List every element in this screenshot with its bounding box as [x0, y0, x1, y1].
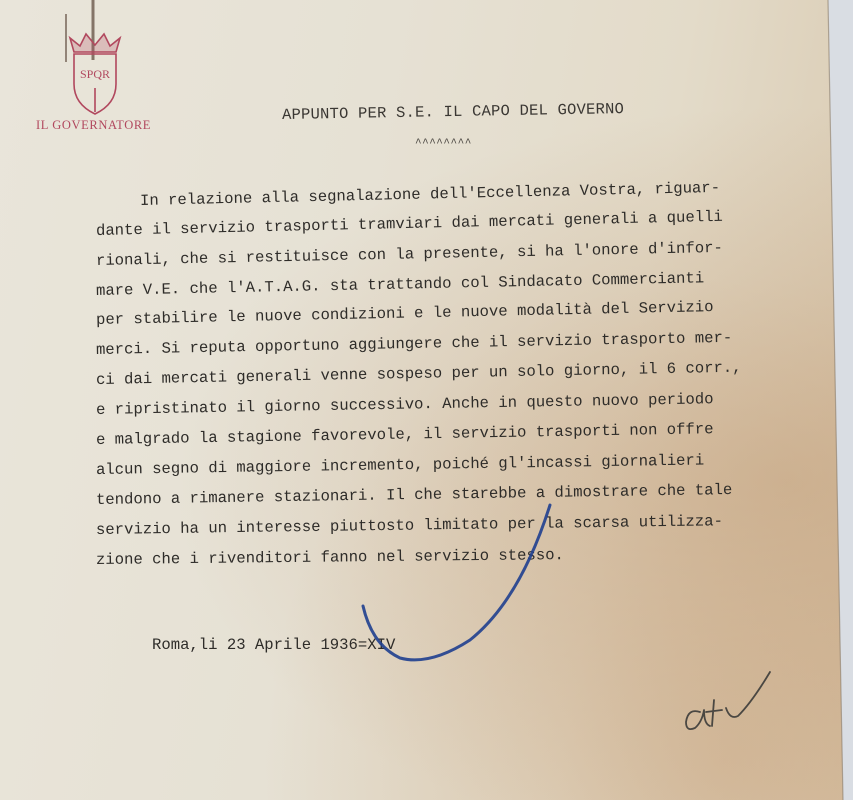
svg-text:SPQR: SPQR: [80, 67, 110, 81]
spqr-crest-icon: SPQR: [62, 30, 128, 116]
dateline: Roma,li 23 Aprile 1936=XIV: [152, 636, 395, 654]
letterhead-office: IL GOVERNATORE: [36, 118, 151, 133]
title-underline: ^^^^^^^^: [415, 138, 472, 150]
